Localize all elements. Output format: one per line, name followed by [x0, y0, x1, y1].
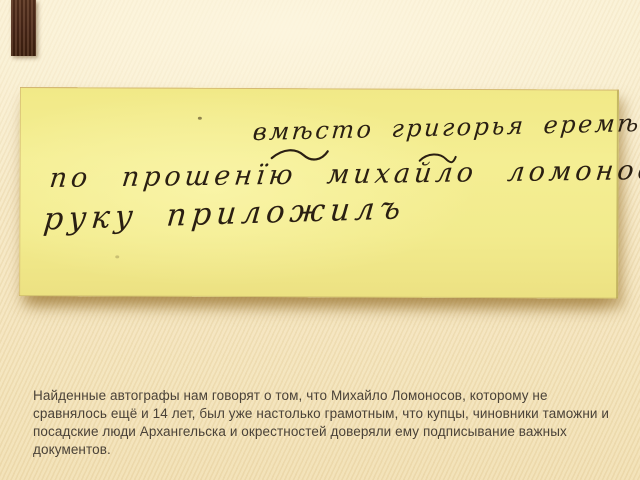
caption-line: Найденные автографы нам говорят о том, ч… [33, 387, 578, 405]
handwriting-superscript-flourish [270, 146, 330, 162]
paper-stain [198, 117, 202, 120]
paper-stain [115, 255, 119, 258]
handwriting-line: по прошенїю михайло ломоносовъ [48, 154, 640, 194]
caption-line: сравнялось ещё и 14 лет, был уже настоль… [33, 405, 578, 423]
caption-block: Найденные автографы нам говорят о том, ч… [33, 387, 578, 459]
handwriting-line: вмѣсто григорья еремѣева [252, 108, 640, 146]
caption-line: документов. [33, 441, 578, 459]
presentation-slide: вмѣсто григорья еремѣева по прошенїю мих… [0, 0, 640, 480]
handwriting-superscript-flourish [418, 151, 458, 165]
manuscript-photo: вмѣсто григорья еремѣева по прошенїю мих… [19, 87, 619, 299]
theme-corner-tab [11, 0, 36, 56]
caption-line: посадские люди Архангельска и окрестност… [33, 423, 578, 441]
handwriting-line: руку приложилъ [42, 190, 407, 237]
